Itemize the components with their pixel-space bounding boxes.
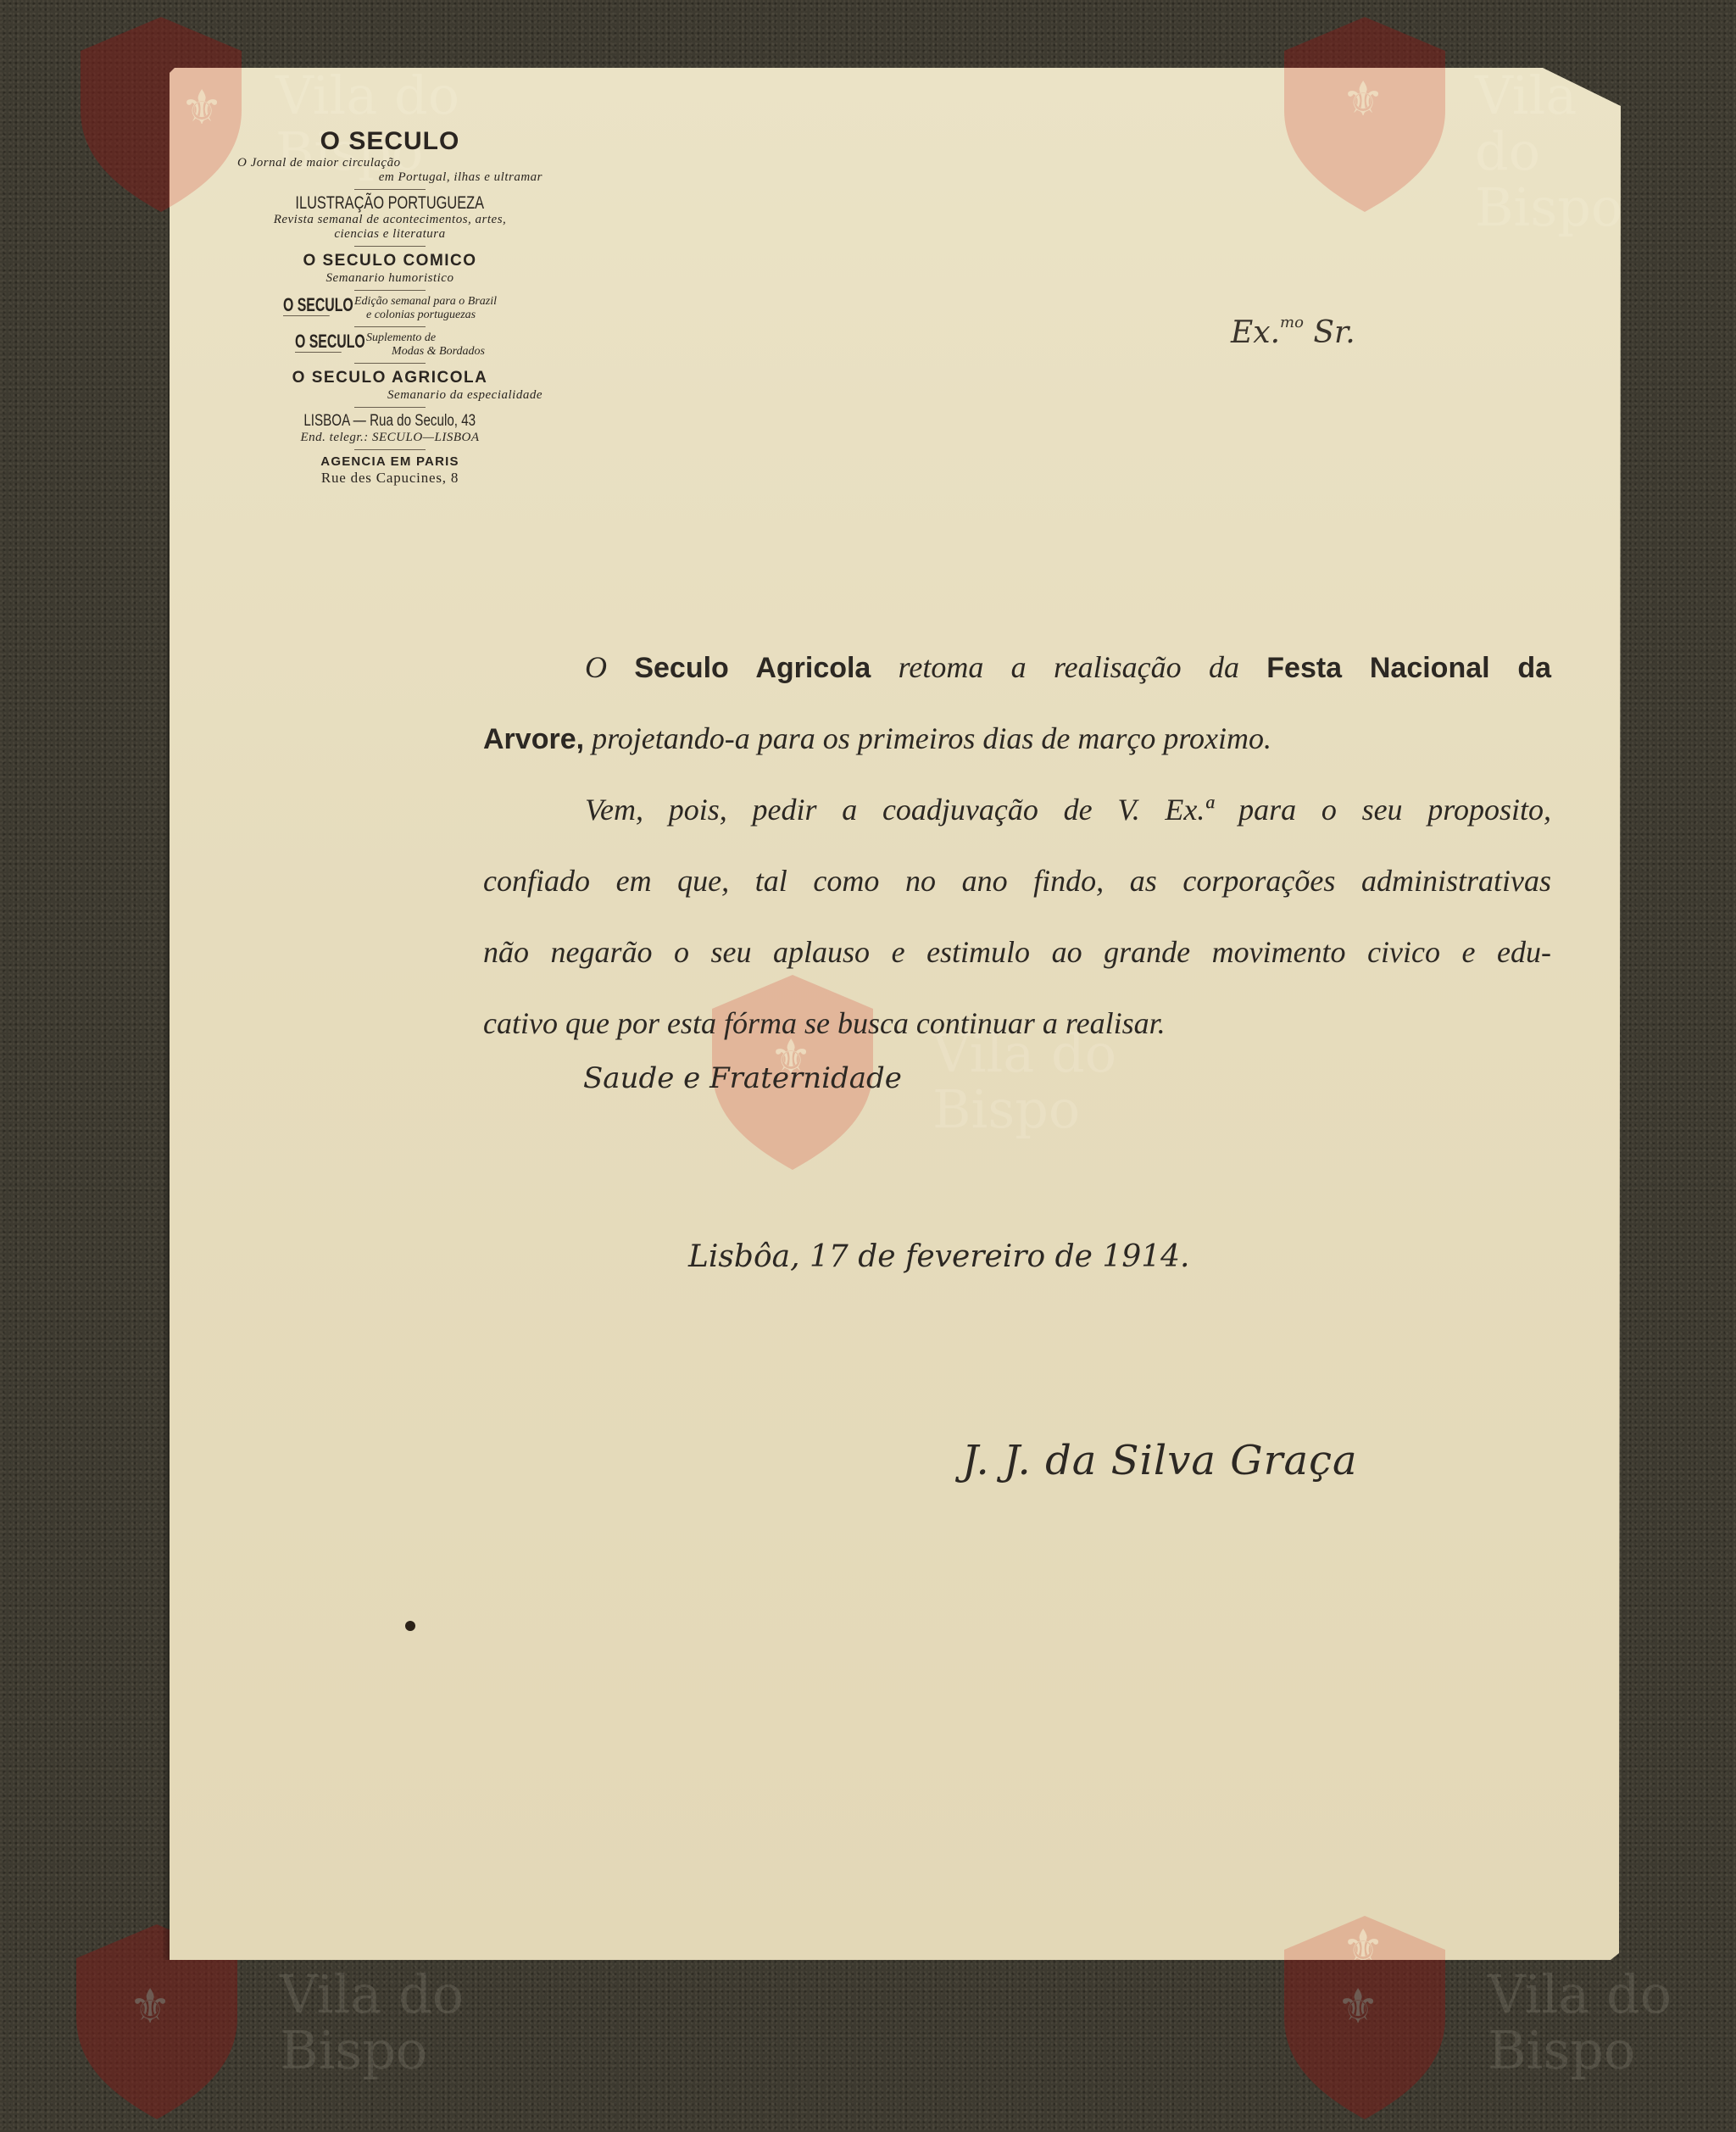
letterhead-comico-line1: Semanario humoristico	[237, 271, 542, 286]
signature: J. J. da Silva Graça	[962, 1437, 1358, 1484]
letterhead-agricola-line1: Semanario da especialidade	[237, 388, 542, 403]
ink-speck	[405, 1621, 415, 1631]
letterhead-address-line1: LISBOA — Rua do Seculo, 43	[304, 412, 476, 431]
divider	[354, 189, 426, 190]
letterhead-brazil-line1: Edição semanal para o Brazil	[354, 295, 497, 309]
divider	[354, 363, 426, 364]
letterhead-brazil-edition: O SECULO Edição semanal para o Brazil e …	[237, 295, 542, 322]
letterhead-modas: O SECULO Suplemento de Modas & Bordados	[237, 331, 542, 359]
letterhead-brazil-name: O SECULO	[283, 295, 330, 316]
body-line: cativo que por esta fórma se busca conti…	[483, 988, 1551, 1059]
divider	[354, 326, 426, 327]
body-line: não negarão o seu aplauso e estimulo ao …	[483, 916, 1551, 988]
divider	[354, 449, 426, 450]
letterhead-modas-line2: Modas & Bordados	[366, 345, 485, 359]
letterhead-modas-name: O SECULO	[295, 331, 342, 353]
letterhead-ilustracao-title: ILUSTRAÇÃO PORTUGUEZA	[296, 194, 485, 213]
divider	[354, 290, 426, 291]
dateline: Lisbôa, 17 de fevereiro de 1914.	[688, 1239, 1190, 1274]
letterhead-brazil-line2: e colonias portuguezas	[354, 309, 497, 322]
divider	[354, 246, 426, 247]
letterhead-address-line2: End. telegr.: SECULO—LISBOA	[237, 431, 542, 445]
letterhead-agricola-title: O SECULO AGRICOLA	[237, 368, 542, 388]
letterhead-modas-line1: Suplemento de	[366, 331, 485, 345]
letterhead-o-seculo-line1: O Jornal de maior circulação	[237, 156, 542, 170]
letterhead-ilustracao-line2: ciencias e literatura	[237, 227, 542, 242]
watermark-text: Vila doBispo	[1488, 1967, 1672, 2079]
divider	[354, 407, 426, 408]
letterhead-paris-title: AGENCIA EM PARIS	[237, 454, 542, 470]
salutation: Ex.mo Sr.	[1231, 314, 1355, 350]
letterhead-o-seculo-line2: em Portugal, ilhas e ultramar	[237, 170, 542, 185]
letterhead-paris-address: Rue des Capucines, 8	[237, 470, 542, 487]
closing: Saude e Fraternidade	[583, 1061, 902, 1095]
body-line: Vem, pois, pedir a coadjuvação de V. Ex.…	[483, 774, 1551, 845]
body-line: Arvore, projetando-a para os primeiros d…	[483, 703, 1551, 774]
body-line: confiado em que, tal como no ano findo, …	[483, 845, 1551, 916]
letterhead-ilustracao-line1: Revista semanal de acontecimentos, artes…	[237, 213, 542, 227]
letterhead-comico-title: O SECULO COMICO	[237, 251, 542, 271]
watermark-text: Vila doBispo	[1475, 68, 1622, 236]
letterhead-o-seculo-title: O SECULO	[237, 127, 542, 156]
body-line: O Seculo Agricola retoma a realisação da…	[483, 632, 1551, 703]
letter-body: O Seculo Agricola retoma a realisação da…	[483, 632, 1551, 1059]
watermark-text: Vila doBispo	[280, 1967, 464, 2079]
letterhead: O SECULO O Jornal de maior circulação em…	[237, 127, 542, 487]
